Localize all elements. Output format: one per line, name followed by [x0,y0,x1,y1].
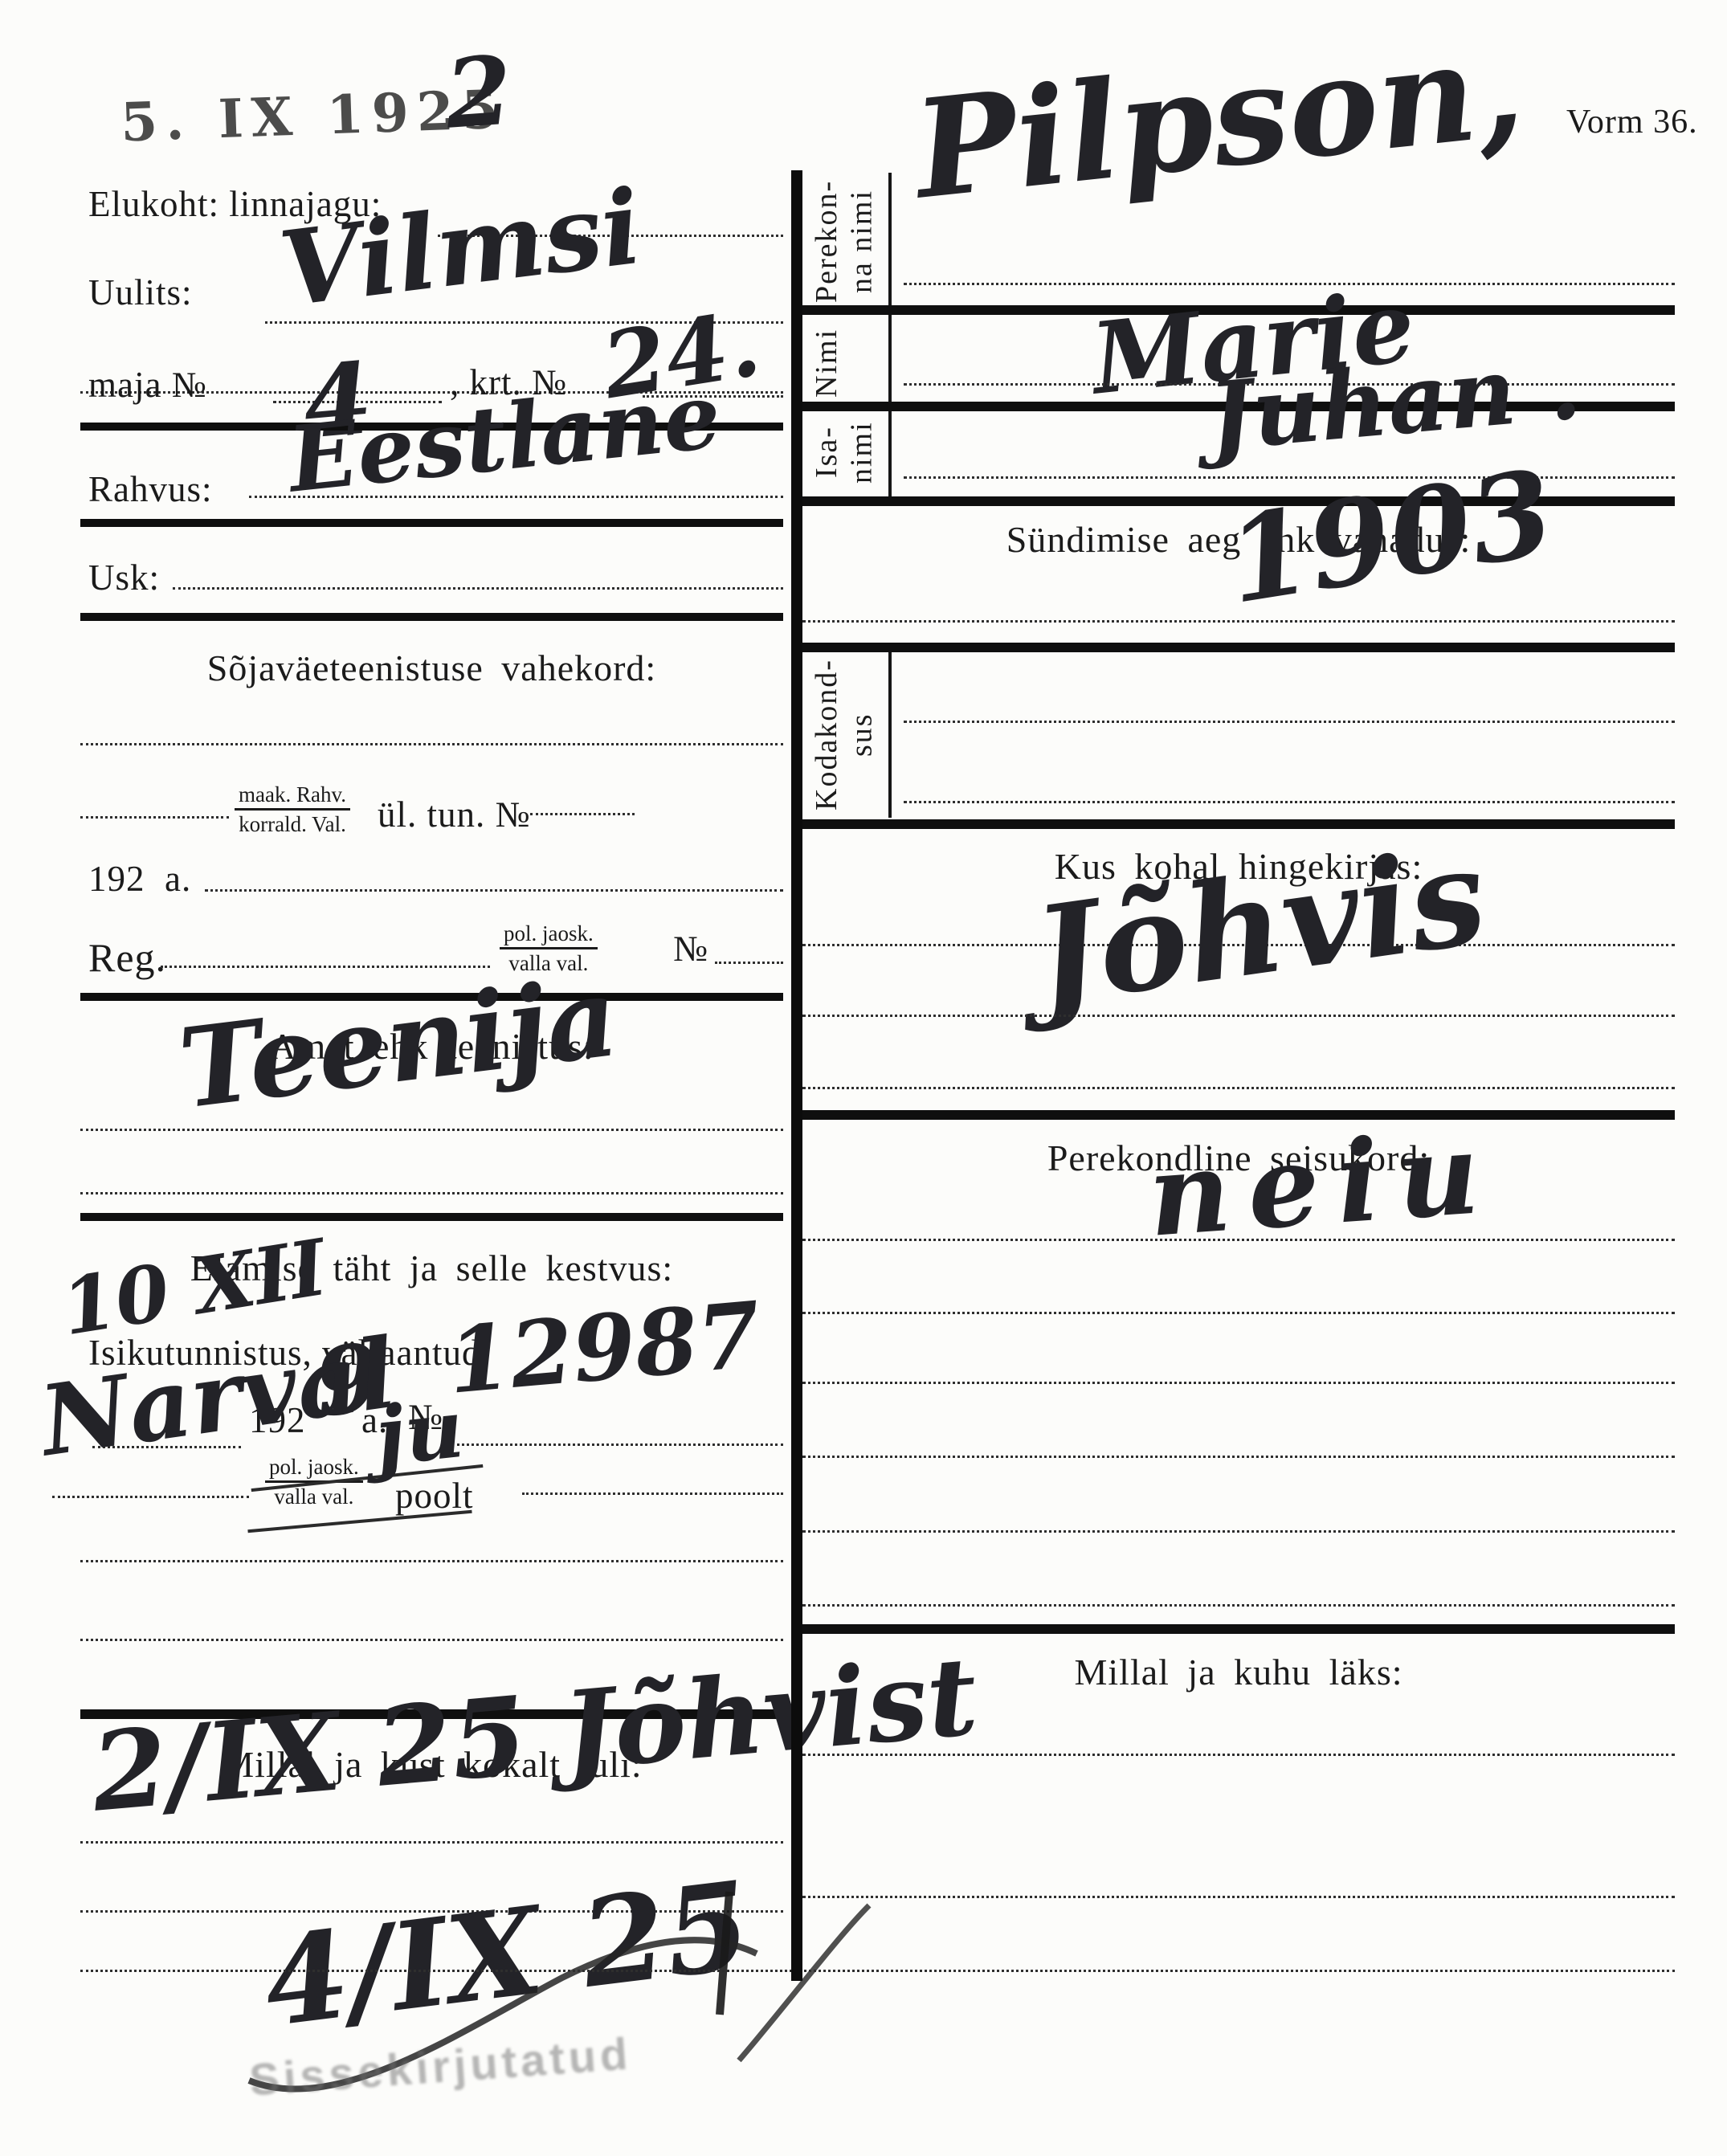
field-label-ul-tun-no: ül. tun. № [378,794,530,835]
dotted-line [802,1896,1675,1898]
dotted-line [802,1382,1675,1384]
field-label-poolt: poolt [395,1475,474,1517]
label-cell-line [888,173,892,496]
column-divider [791,170,802,1981]
dotted-line [80,1639,783,1641]
field-label-uulits: Uulits: [88,272,193,313]
field-label-usk: Usk: [88,557,160,598]
dotted-line [904,801,1675,803]
dotted-line [802,1015,1675,1017]
thick-rule [80,613,783,621]
dotted-line [205,889,783,892]
dotted-line [904,721,1675,723]
dotted-line [802,1456,1675,1458]
thick-rule [802,819,1675,829]
handwriting-sundimine: 1903 [1219,443,1562,630]
form-number: Vorm 36. [1566,103,1698,141]
fraction-top: pol. jaosk. [500,922,598,949]
dotted-line [80,1560,783,1562]
dotted-line [52,1496,249,1498]
dotted-line [802,1604,1675,1607]
section-heading-military: Sõjaväeteenistuse vahekord: [80,647,783,689]
field-label-rahvus: Rahvus: [88,468,213,510]
field-label-kodakondsus: Kodakond- sus [810,655,887,815]
dotted-line [80,816,229,819]
dotted-line [80,1841,783,1844]
field-label-perekonnanimi: Perekon- na nimi [810,177,887,305]
dotted-line [904,476,1675,479]
field-label-reg: Reg. [88,934,166,981]
handwriting-perekonnanimi: Pilpson, [908,7,1530,229]
field-label-maja: maja № [88,364,207,406]
handwriting-amet: Teenija [173,953,624,1133]
dotted-line [802,1530,1675,1533]
thick-rule [802,643,1675,652]
dotted-line [80,1970,1675,1972]
fraction-bottom: korrald. Val. [235,811,350,835]
dotted-line [80,1192,783,1194]
handwriting-linnajagu: 2 [442,34,516,149]
dotted-line [80,743,783,745]
dotted-line [530,813,635,815]
dotted-line [451,1443,783,1446]
field-label-year: 192 [88,858,145,900]
thick-rule [802,1110,1675,1120]
field-label-a: a. [165,858,191,900]
thick-rule [802,1624,1675,1634]
fraction-top: maak. Rahv. [235,783,350,811]
dotted-line [802,620,1675,623]
dotted-line [802,1312,1675,1314]
dotted-line [161,966,490,968]
fraction-label-maak-rahv: maak. Rahv. korrald. Val. [235,783,350,836]
dotted-line [173,587,783,590]
thick-rule [80,519,783,527]
field-label-no: № [673,928,708,970]
field-label-isanimi: Isa- nimi [810,410,887,494]
label-cell-line [888,652,892,818]
handwriting-scribble: ju [371,1381,468,1484]
section-heading-laks: Millal ja kuhu läks: [802,1651,1675,1693]
registration-form-page: 5. IX 1925 Vorm 36. Elukoht: linnajagu: … [0,0,1727,2156]
handwriting-isik-number: 12987 [443,1282,765,1414]
dotted-line [715,962,783,964]
dotted-line [522,1492,783,1495]
dotted-line [802,1087,1675,1089]
dotted-line [802,1754,1675,1756]
dotted-line [80,1129,783,1131]
field-label-nimi: Nimi [810,324,887,402]
dotted-line [802,1239,1675,1241]
thick-rule [80,1213,783,1221]
